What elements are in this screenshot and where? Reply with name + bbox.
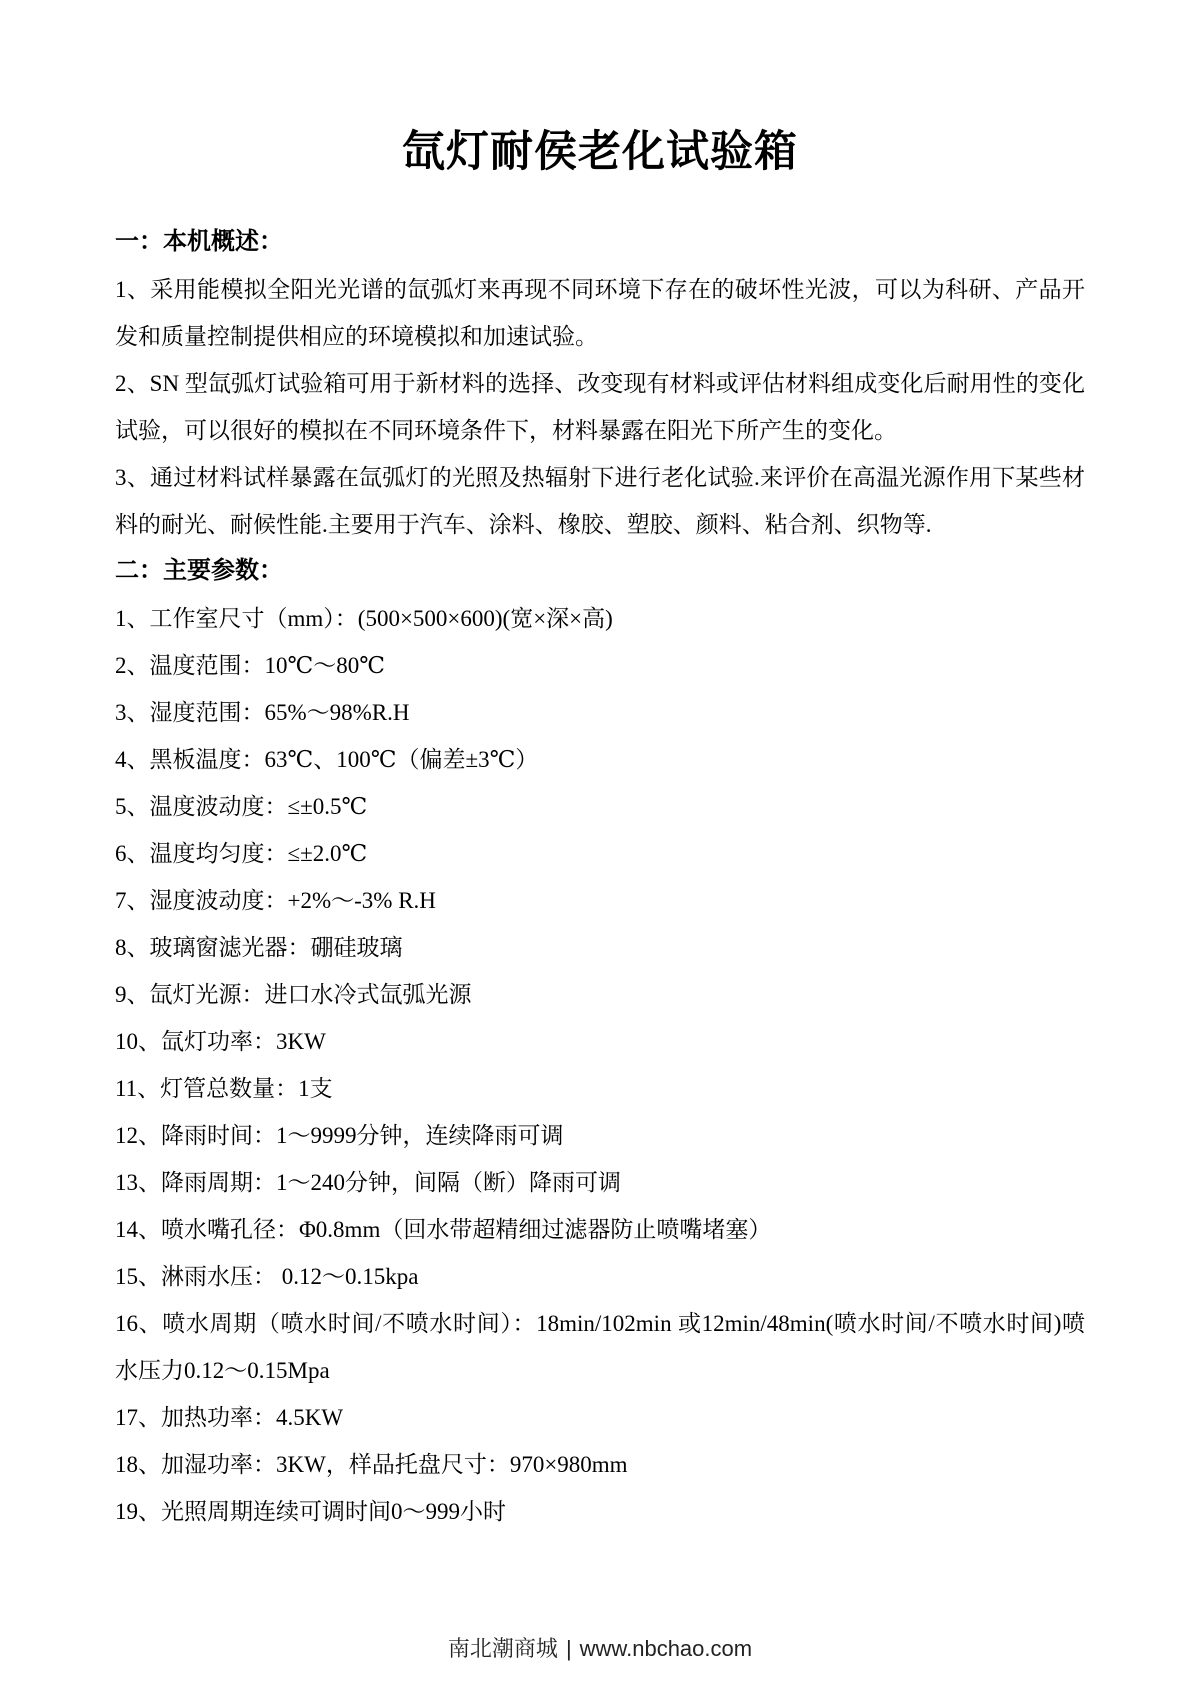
parameter-item-19: 19、光照周期连续可调时间0～999小时 <box>115 1488 1085 1535</box>
parameters-section: 二：主要参数： 1、工作室尺寸（mm）：(500×500×600)(宽×深×高)… <box>115 548 1085 1535</box>
parameters-heading: 二：主要参数： <box>115 548 1085 595</box>
parameter-item-16: 16、喷水周期（喷水时间/不喷水时间）：18min/102min 或12min/… <box>115 1300 1085 1394</box>
parameter-item-18: 18、加湿功率：3KW，样品托盘尺寸：970×980mm <box>115 1441 1085 1488</box>
parameter-item-15: 15、淋雨水压： 0.12～0.15kpa <box>115 1253 1085 1300</box>
parameter-item-13: 13、降雨周期：1～240分钟，间隔（断）降雨可调 <box>115 1159 1085 1206</box>
document-title: 氙灯耐侯老化试验箱 <box>115 125 1085 181</box>
parameter-item-7: 7、湿度波动度：+2%～-3% R.H <box>115 877 1085 924</box>
parameter-item-14: 14、喷水嘴孔径：Φ0.8mm（回水带超精细过滤器防止喷嘴堵塞） <box>115 1206 1085 1253</box>
footer: 南北潮商城|www.nbchao.com <box>0 1632 1200 1663</box>
parameter-item-3: 3、湿度范围：65%～98%R.H <box>115 689 1085 736</box>
overview-section: 一：本机概述： 1、采用能模拟全阳光光谱的氙弧灯来再现不同环境下存在的破坏性光波… <box>115 219 1085 548</box>
overview-heading: 一：本机概述： <box>115 219 1085 266</box>
overview-paragraph-3: 3、通过材料试样暴露在氙弧灯的光照及热辐射下进行老化试验.来评价在高温光源作用下… <box>115 454 1085 548</box>
parameter-item-11: 11、灯管总数量：1支 <box>115 1065 1085 1112</box>
document-page: 氙灯耐侯老化试验箱 一：本机概述： 1、采用能模拟全阳光光谱的氙弧灯来再现不同环… <box>0 0 1200 1697</box>
footer-url: www.nbchao.com <box>580 1636 752 1661</box>
parameter-item-9: 9、氙灯光源：进口水冷式氙弧光源 <box>115 971 1085 1018</box>
parameter-item-10: 10、氙灯功率：3KW <box>115 1018 1085 1065</box>
parameter-item-6: 6、温度均匀度：≤±2.0℃ <box>115 830 1085 877</box>
parameter-item-12: 12、降雨时间：1～9999分钟，连续降雨可调 <box>115 1112 1085 1159</box>
parameter-item-5: 5、温度波动度：≤±0.5℃ <box>115 783 1085 830</box>
overview-paragraph-2: 2、SN 型氙弧灯试验箱可用于新材料的选择、改变现有材料或评估材料组成变化后耐用… <box>115 360 1085 454</box>
footer-separator: | <box>566 1636 572 1661</box>
overview-paragraph-1: 1、采用能模拟全阳光光谱的氙弧灯来再现不同环境下存在的破坏性光波，可以为科研、产… <box>115 266 1085 360</box>
parameter-item-1: 1、工作室尺寸（mm）：(500×500×600)(宽×深×高) <box>115 595 1085 642</box>
parameter-item-8: 8、玻璃窗滤光器：硼硅玻璃 <box>115 924 1085 971</box>
parameter-item-4: 4、黑板温度：63℃、100℃（偏差±3℃） <box>115 736 1085 783</box>
parameter-item-2: 2、温度范围：10℃～80℃ <box>115 642 1085 689</box>
parameter-item-17: 17、加热功率：4.5KW <box>115 1394 1085 1441</box>
footer-site-name: 南北潮商城 <box>448 1636 558 1661</box>
